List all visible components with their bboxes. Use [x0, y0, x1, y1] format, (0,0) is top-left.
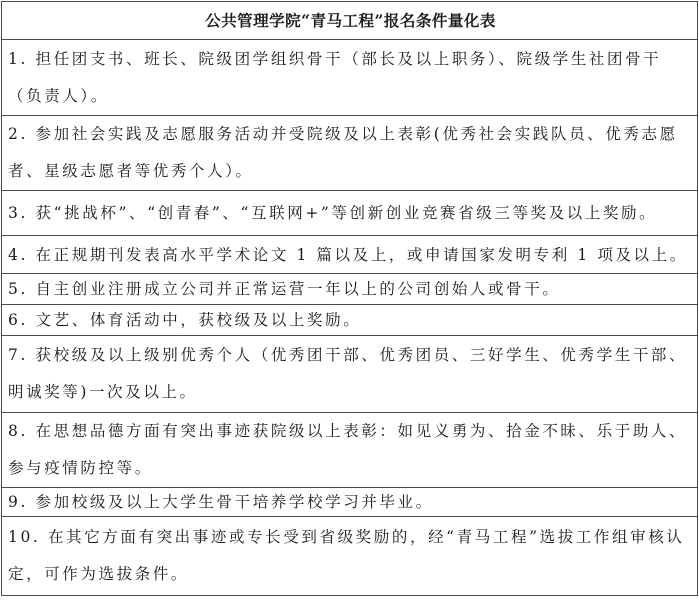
condition-2: 2. 参加社会实践及志愿服务活动并受院级及以上表彰(优秀社会实践队员、优秀志愿者… [2, 116, 698, 191]
table-row: 5. 自主创业注册成立公司并正常运营一年以上的公司创始人或骨干。 [2, 274, 698, 305]
condition-3: 3. 获“挑战杯”、“创青春”、“互联网+”等创新创业竞赛省级三等奖及以上奖励。 [2, 191, 698, 236]
condition-6: 6. 文艺、体育活动中，获校级及以上奖励。 [2, 305, 698, 336]
table-row: 8. 在思想品德方面有突出事迹获院级以上表彰：如见义勇为、拾金不昧、乐于助人、参… [2, 413, 698, 488]
condition-10: 10. 在其它方面有突出事迹或专长受到省级奖励的，经“青马工程”选拔工作组审核认… [2, 517, 698, 596]
table-row: 10. 在其它方面有突出事迹或专长受到省级奖励的，经“青马工程”选拔工作组审核认… [2, 517, 698, 596]
table-row: 3. 获“挑战杯”、“创青春”、“互联网+”等创新创业竞赛省级三等奖及以上奖励。 [2, 191, 698, 236]
table-row: 7. 获校级及以上级别优秀个人（优秀团干部、优秀团员、三好学生、优秀学生干部、明… [2, 336, 698, 413]
table-row: 9. 参加校级及以上大学生骨干培养学校学习并毕业。 [2, 488, 698, 517]
table-title: 公共管理学院“青马工程”报名条件量化表 [2, 2, 698, 40]
condition-1: 1. 担任团支书、班长、院级团学组织骨干（部长及以上职务）、院级学生社团骨干（负… [2, 40, 698, 116]
condition-4: 4. 在正规期刊发表高水平学术论文 1 篇以及上，或申请国家发明专利 1 项及以… [2, 236, 698, 274]
condition-8: 8. 在思想品德方面有突出事迹获院级以上表彰：如见义勇为、拾金不昧、乐于助人、参… [2, 413, 698, 488]
table-header-row: 公共管理学院“青马工程”报名条件量化表 [2, 2, 698, 40]
table-row: 4. 在正规期刊发表高水平学术论文 1 篇以及上，或申请国家发明专利 1 项及以… [2, 236, 698, 274]
table-row: 1. 担任团支书、班长、院级团学组织骨干（部长及以上职务）、院级学生社团骨干（负… [2, 40, 698, 116]
conditions-table: 公共管理学院“青马工程”报名条件量化表 1. 担任团支书、班长、院级团学组织骨干… [1, 1, 698, 596]
table-row: 6. 文艺、体育活动中，获校级及以上奖励。 [2, 305, 698, 336]
condition-5: 5. 自主创业注册成立公司并正常运营一年以上的公司创始人或骨干。 [2, 274, 698, 305]
table-row: 2. 参加社会实践及志愿服务活动并受院级及以上表彰(优秀社会实践队员、优秀志愿者… [2, 116, 698, 191]
condition-9: 9. 参加校级及以上大学生骨干培养学校学习并毕业。 [2, 488, 698, 517]
condition-7: 7. 获校级及以上级别优秀个人（优秀团干部、优秀团员、三好学生、优秀学生干部、明… [2, 336, 698, 413]
